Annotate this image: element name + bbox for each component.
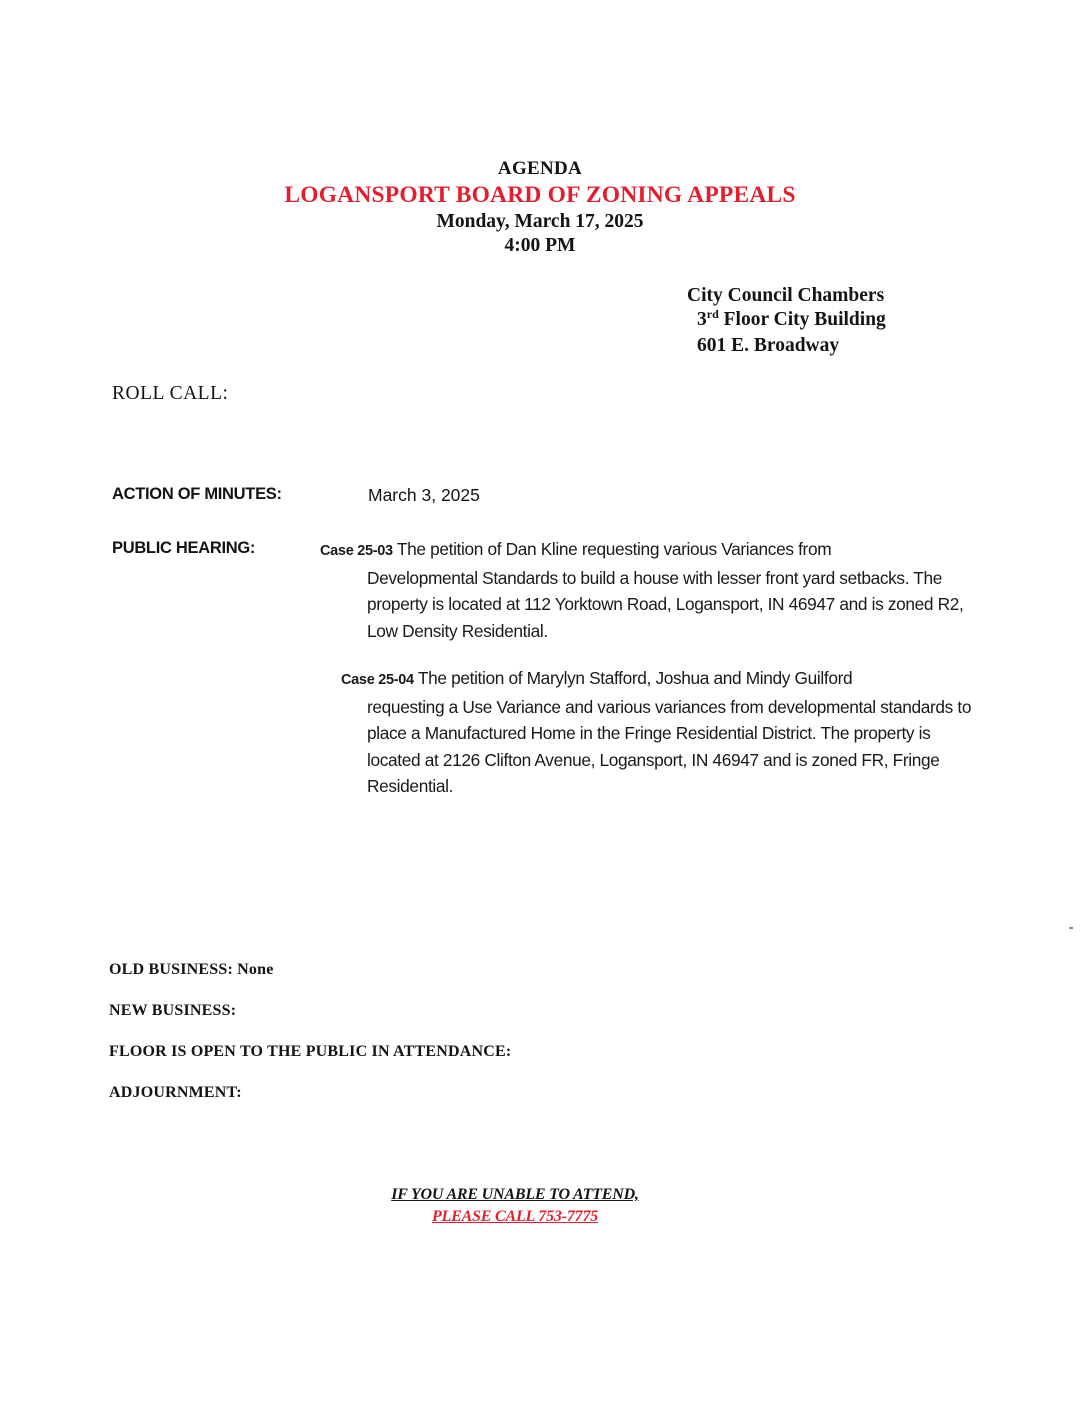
case-description-start: The petition of Dan Kline requesting var… xyxy=(393,539,831,559)
case-description: Developmental Standards to build a house… xyxy=(320,565,980,645)
floor-ordinal-suffix: rd xyxy=(707,307,719,321)
action-of-minutes-date: March 3, 2025 xyxy=(368,485,480,506)
case-item: Case 25-04 The petition of Marylyn Staff… xyxy=(341,665,981,800)
meeting-date: Monday, March 17, 2025 xyxy=(0,211,1080,233)
scan-artifact xyxy=(1069,927,1073,929)
public-hearing-label: PUBLIC HEARING: xyxy=(112,539,255,558)
floor-number: 3 xyxy=(697,309,707,330)
roll-call-label: ROLL CALL: xyxy=(112,383,228,405)
action-of-minutes-label: ACTION OF MINUTES: xyxy=(112,485,282,504)
board-title: LOGANSPORT BOARD OF ZONING APPEALS xyxy=(0,182,1080,209)
floor-building: Floor City Building xyxy=(719,309,886,330)
attendance-notice: IF YOU ARE UNABLE TO ATTEND, xyxy=(0,1186,1030,1204)
case-number: Case 25-03 xyxy=(320,543,393,559)
location-address: 601 E. Broadway xyxy=(697,335,839,357)
case-item: Case 25-03 The petition of Dan Kline req… xyxy=(320,536,980,644)
case-first-line: Case 25-04 The petition of Marylyn Staff… xyxy=(341,665,981,694)
case-description: requesting a Use Variance and various va… xyxy=(341,694,981,800)
new-business: NEW BUSINESS: xyxy=(109,1002,236,1020)
floor-open-to-public: FLOOR IS OPEN TO THE PUBLIC IN ATTENDANC… xyxy=(109,1043,511,1061)
agenda-label: AGENDA xyxy=(0,158,1080,180)
case-description-start: The petition of Marylyn Stafford, Joshua… xyxy=(414,668,852,688)
case-number: Case 25-04 xyxy=(341,672,414,688)
meeting-time: 4:00 PM xyxy=(0,235,1080,257)
call-phone-notice: PLEASE CALL 753-7775 xyxy=(0,1208,1030,1226)
old-business: OLD BUSINESS: None xyxy=(109,961,274,979)
adjournment: ADJOURNMENT: xyxy=(109,1084,242,1102)
case-first-line: Case 25-03 The petition of Dan Kline req… xyxy=(320,536,980,565)
location-venue: City Council Chambers xyxy=(687,285,884,307)
location-floor: 3rd Floor City Building xyxy=(697,309,886,331)
